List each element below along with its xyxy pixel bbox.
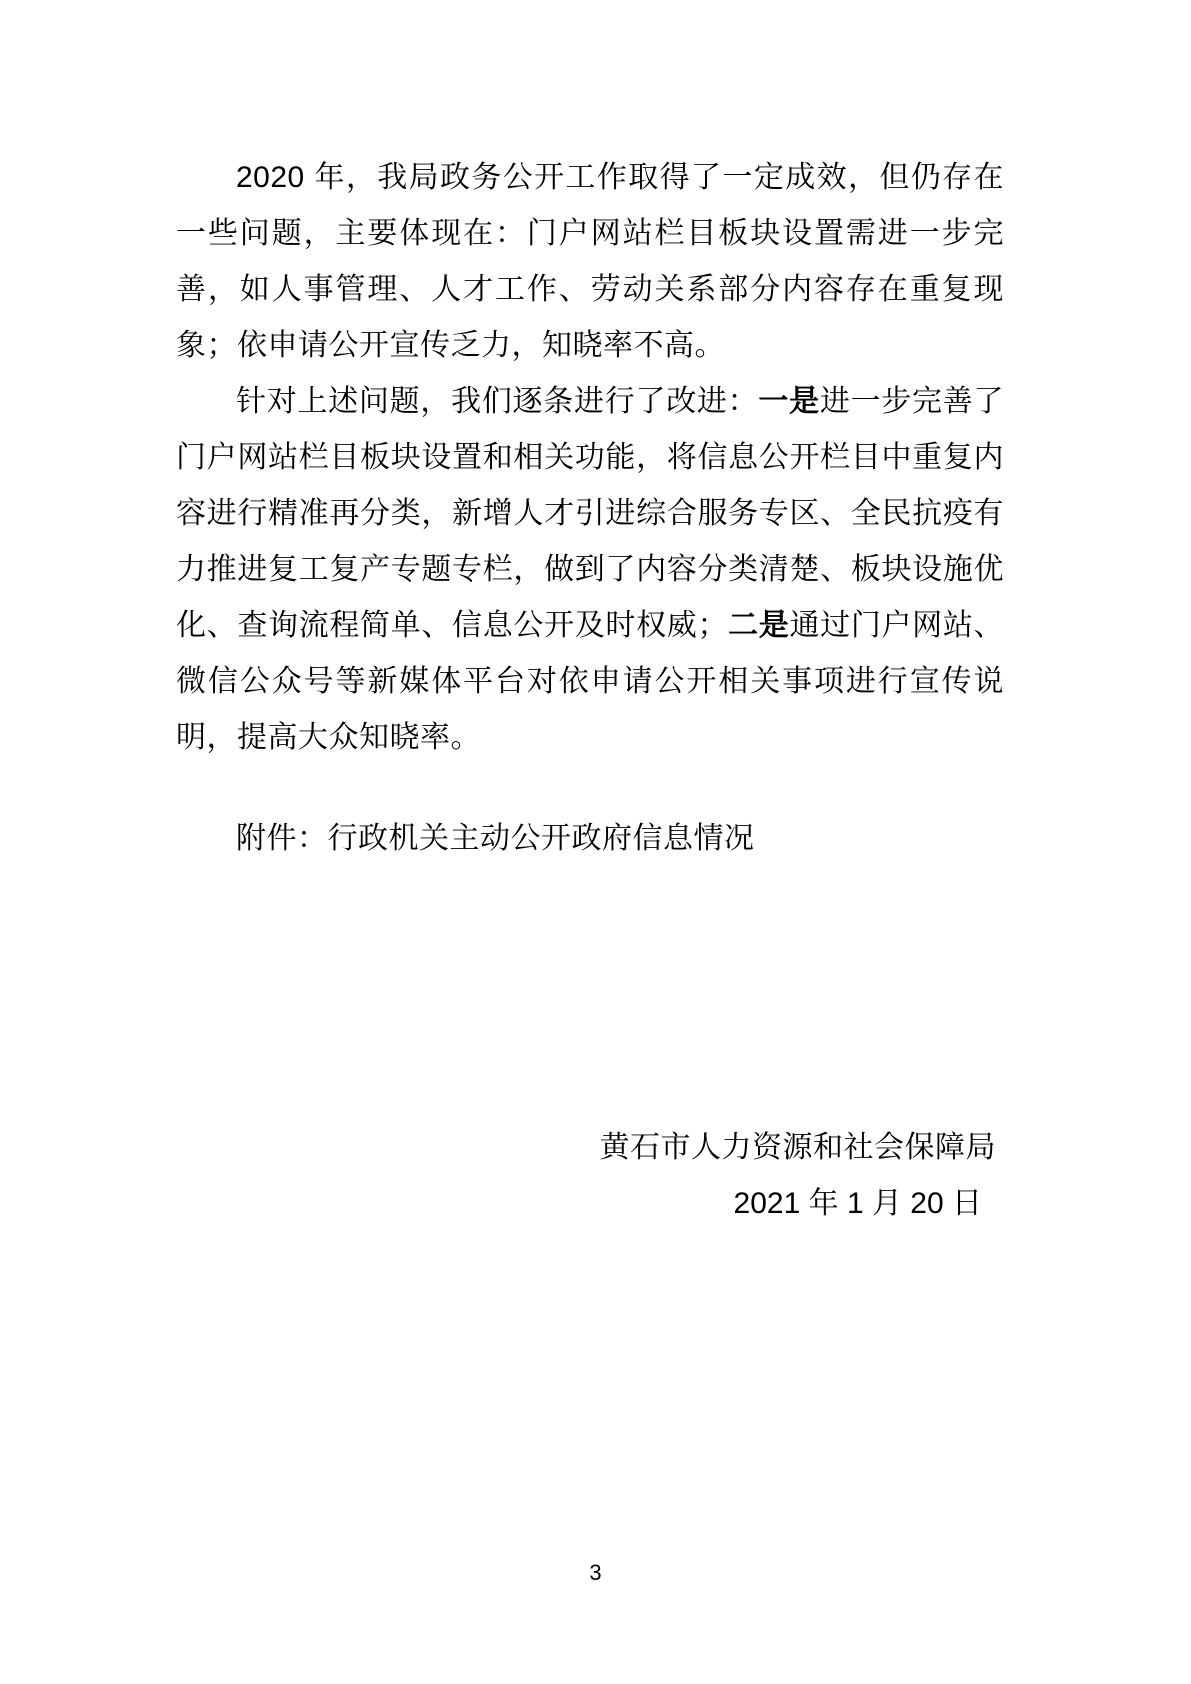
emphasis-run: 二是 — [728, 609, 790, 642]
text-run: 针对上述问题，我们逐条进行了改进： — [236, 385, 758, 418]
text-run: 进一步完善了门户网站栏目板块设置和相关功能，将信息公开栏目中重复内容进行精准再分… — [176, 385, 1004, 642]
paragraphs-container: 2020 年，我局政务公开工作取得了一定成效，但仍存在一些问题，主要体现在：门户… — [176, 150, 1004, 766]
document-body: 2020 年，我局政务公开工作取得了一定成效，但仍存在一些问题，主要体现在：门户… — [176, 150, 1004, 1232]
signature-organization: 黄石市人力资源和社会保障局 — [176, 1120, 1004, 1176]
signature-date: 2021 年 1 月 20 日 — [176, 1176, 1004, 1232]
signature-block: 黄石市人力资源和社会保障局 2021 年 1 月 20 日 — [176, 1120, 1004, 1232]
body-paragraph: 针对上述问题，我们逐条进行了改进：一是进一步完善了门户网站栏目板块设置和相关功能… — [176, 374, 1004, 766]
page-number: 3 — [0, 1560, 1191, 1586]
emphasis-run: 一是 — [758, 385, 819, 418]
body-paragraph: 2020 年，我局政务公开工作取得了一定成效，但仍存在一些问题，主要体现在：门户… — [176, 150, 1004, 374]
attachment-line: 附件：行政机关主动公开政府信息情况 — [176, 811, 1004, 867]
text-run: 2020 年，我局政务公开工作取得了一定成效，但仍存在一些问题，主要体现在：门户… — [176, 161, 1004, 362]
document-page: 2020 年，我局政务公开工作取得了一定成效，但仍存在一些问题，主要体现在：门户… — [0, 0, 1191, 1684]
